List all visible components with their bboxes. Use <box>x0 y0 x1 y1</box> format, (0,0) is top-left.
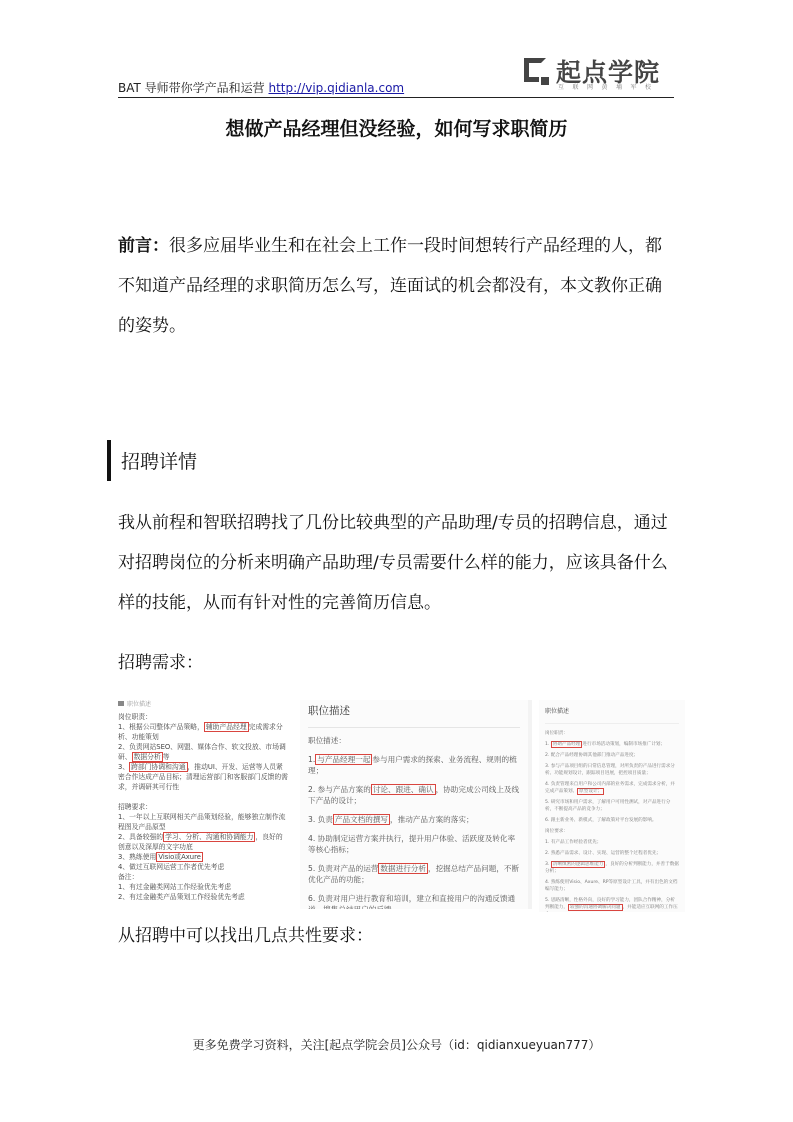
panel-subheading: 职位描述： <box>308 735 520 746</box>
item-text: 4. 熟练使用Visio、Axure、RP等原型设计工具，并有出色的文档编写能力… <box>545 880 677 892</box>
page-header: BAT 导师带你学产品和运营 http://vip.qidianla.com 起… <box>118 52 674 98</box>
intro-label: 前言： <box>118 236 169 256</box>
list-item: 1、根据公司整体产品策略，辅助产品经理完成需求分析、功能策划 <box>118 722 288 742</box>
item-text: 进行市场活动策划，编制市场推广计划； <box>582 742 665 747</box>
list-item: 1、一年以上互联网相关产品策划经验，能够独立制作流程图及产品原型 <box>118 812 288 832</box>
list-item: 2. 参与产品方案的讨论、跟进、确认，协助完成公司线上及线下产品的设计； <box>308 784 520 806</box>
highlighted-text: 与产品经理一起 <box>315 754 372 765</box>
list-item: 2、具备较强的学习、分析、沟通和协调能力，良好的创意以及深厚的文字功底 <box>118 832 288 852</box>
note-item: 1、有过金融类网站工作经验优先考虑 <box>118 882 288 892</box>
panel-heading: 职位描述 <box>308 700 520 728</box>
list-item: 2. 配合产品经理协调其他部门推动产品进度； <box>545 752 679 759</box>
job-posting-screenshots: 职位描述岗位职责：1、根据公司整体产品策略，辅助产品经理完成需求分析、功能策划2… <box>114 700 682 912</box>
list-item: 5. 研究市场和用户需求，了解用户可用性测试，对产品进行分析，不断提高产品的竞争… <box>545 799 679 813</box>
item-text: 4、做过互联网运营工作者优先考虑 <box>118 863 224 871</box>
item-text: 1、一年以上互联网相关产品策划经验，能够独立制作流程图及产品原型 <box>118 813 285 831</box>
item-text: ，推动产品方案的落实； <box>390 815 474 824</box>
highlighted-text: 协助产品经理 <box>551 741 583 748</box>
page-footer: 更多免费学习资料，关注[起点学院会员]公众号（id：qidianxueyuan7… <box>0 1036 793 1053</box>
list-item: 4. 熟练使用Visio、Axure、RP等原型设计工具，并有出色的文档编写能力… <box>545 879 679 893</box>
intro-paragraph: 前言：很多应届毕业生和在社会上工作一段时间想转行产品经理的人，都不知道产品经理的… <box>118 226 678 346</box>
item-text: 1、根据公司整体产品策略， <box>118 723 204 731</box>
highlighted-text: 数据分析 <box>132 752 163 762</box>
highlighted-text: 讨论、跟进、确认 <box>371 784 436 795</box>
highlighted-text: 学习、分析、沟通和协调能力 <box>163 832 255 842</box>
intro-text: 很多应届毕业生和在社会上工作一段时间想转行产品经理的人，都不知道产品经理的求职简… <box>118 236 662 336</box>
list-item: 2、负责网站SEO、网盟、媒体合作、软文投放、市场调研、数据分析等 <box>118 742 288 762</box>
panel-caption: 职位描述 <box>118 700 288 710</box>
highlighted-text: 清晰缜密的逻辑思维能力 <box>551 861 606 868</box>
item-text: 等 <box>163 753 170 761</box>
highlighted-text: 产品文档的撰写 <box>333 814 390 825</box>
section-title: 招聘详情 <box>121 447 197 474</box>
highlighted-text: 辅助产品经理 <box>204 722 249 732</box>
list-item: 5. 负责对产品的运营数据进行分析，挖掘总结产品问题，不断优化产品的功能； <box>308 863 520 885</box>
requirements-label: 招聘需求： <box>118 643 678 683</box>
list-item: 4、做过互联网运营工作者优先考虑 <box>118 862 288 872</box>
panel-heading: 职位描述 <box>545 700 679 724</box>
item-text: 2、具备较强的 <box>118 833 163 841</box>
common-requirements-label: 从招聘中可以找出几点共性要求： <box>118 916 678 956</box>
list-item: 3. 负责产品文档的撰写，推动产品方案的落实； <box>308 814 520 825</box>
logo-subtitle: 互联网黄埔军校 <box>558 82 660 91</box>
job-posting-panel-2: 职位描述职位描述：1.与产品经理一起参与用户需求的探索、业务流程、规则的梳理；2… <box>300 700 532 909</box>
list-item: 3. 清晰缜密的逻辑思维能力，良好的分析判断能力，并善于数据分析； <box>545 861 679 875</box>
item-text: 3、 <box>118 763 129 771</box>
list-item: 6. 负责对用户进行教育和培训，建立和直接用户的沟通反馈通道，搜集总结用户的反馈 <box>308 893 520 909</box>
item-text: 3. 负责 <box>308 815 333 824</box>
header-tagline: BAT 导师带你学产品和运营 <box>118 81 268 95</box>
item-text: 4. 协助制定运营方案并执行，提升用户体验、活跃度及转化率等核心指标； <box>308 834 515 854</box>
requirements-label: 招聘要求： <box>118 802 288 812</box>
list-item: 1.与产品经理一起参与用户需求的探索、业务流程、规则的梳理； <box>308 754 520 776</box>
item-text: 3、熟练使用 <box>118 853 156 861</box>
list-item: 3、跨部门协调和沟通，推动UI、开发、运营等人员紧密合作达成产品目标；清理运营部… <box>118 762 288 792</box>
list-item: 5. 思路清晰，性格外向，良好的学习能力，团队合作精神，分析判断能力，较强的沟通… <box>545 897 679 912</box>
logo: 起点学院 互联网黄埔军校 <box>524 54 672 92</box>
list-item: 6. 跟主新业务、新模式，了解政策对平台发展的影响。 <box>545 817 679 824</box>
highlighted-text: Visio或Axure <box>156 852 203 862</box>
list-item: 4. 负责管理来自用户和公司内部的业务需求，完成需求分析，并完成产品策划、原型设… <box>545 781 679 795</box>
list-item: 1. 协助产品经理进行市场活动策划，编制市场推广计划； <box>545 741 679 748</box>
highlighted-text: 数据进行分析 <box>378 863 428 874</box>
duties-label: 岗位职责： <box>118 712 288 722</box>
item-text: 5. 负责对产品的运营 <box>308 864 378 873</box>
item-text: 4. 负责管理来自用户和公司内部的业务需求，完成需求分析，并完成产品策划、 <box>545 782 675 794</box>
item-text: 1. <box>545 742 551 747</box>
item-text: 3. 参与产品项目组的日常信息管理，对所负责的产品进行需求分析、功能规划设计，跟… <box>545 764 675 776</box>
item-text: 6. 负责对用户进行教育和培训，建立和直接用户的沟通反馈通道，搜集总结用户的反馈 <box>308 894 515 909</box>
requirements-label: 岗位要求： <box>545 828 679 835</box>
highlighted-text: 较强的沟通协调解决问题 <box>568 904 623 911</box>
item-text: 2. 熟悉产品需求、设计、实现、运营的整个过程者优先； <box>545 851 661 856</box>
job-posting-panel-1: 职位描述岗位职责：1、根据公司整体产品策略，辅助产品经理完成需求分析、功能策划2… <box>114 700 292 912</box>
logo-mark-icon <box>524 58 546 82</box>
list-item: 1. 有产品工作经验者优先； <box>545 839 679 846</box>
list-item: 4. 协助制定运营方案并执行，提升用户体验、活跃度及转化率等核心指标； <box>308 833 520 855</box>
notes-label: 备注： <box>118 872 288 882</box>
section-bar <box>107 440 111 481</box>
panel-subheading: 岗位职责： <box>545 730 679 737</box>
header-text: BAT 导师带你学产品和运营 http://vip.qidianla.com <box>118 79 404 96</box>
item-text: 3. <box>545 862 551 867</box>
highlighted-text: 原型设计； <box>577 788 604 795</box>
item-text: 2. 参与产品方案的 <box>308 785 371 794</box>
list-item: 3. 参与产品项目组的日常信息管理，对所负责的产品进行需求分析、功能规划设计，跟… <box>545 763 679 777</box>
note-item: 2、有过金融类产品策划工作经验优先考虑 <box>118 892 288 902</box>
spacer <box>118 792 288 802</box>
caption-text: 职位描述 <box>127 701 151 708</box>
job-posting-panel-3: 职位描述岗位职责：1. 协助产品经理进行市场活动策划，编制市场推广计划；2. 配… <box>539 700 685 912</box>
list-item: 3、熟练使用Visio或Axure <box>118 852 288 862</box>
section-heading: 招聘详情 <box>107 440 197 481</box>
item-text: 2. 配合产品经理协调其他部门推动产品进度； <box>545 753 638 758</box>
list-item: 2. 熟悉产品需求、设计、实现、运营的整个过程者优先； <box>545 850 679 857</box>
header-link[interactable]: http://vip.qidianla.com <box>268 81 404 95</box>
flag-icon <box>118 701 124 706</box>
item-text: 6. 跟主新业务、新模式，了解政策对平台发展的影响。 <box>545 818 657 823</box>
item-text: 1. 有产品工作经验者优先； <box>545 840 601 845</box>
document-title: 想做产品经理但没经验，如何写求职简历 <box>0 114 793 141</box>
section-paragraph: 我从前程和智联招聘找了几份比较典型的产品助理/专员的招聘信息，通过对招聘岗位的分… <box>118 503 678 623</box>
highlighted-text: 跨部门协调和沟通 <box>129 762 187 772</box>
item-text: 5. 研究市场和用户需求，了解用户可用性测试，对产品进行分析，不断提高产品的竞争… <box>545 800 670 812</box>
